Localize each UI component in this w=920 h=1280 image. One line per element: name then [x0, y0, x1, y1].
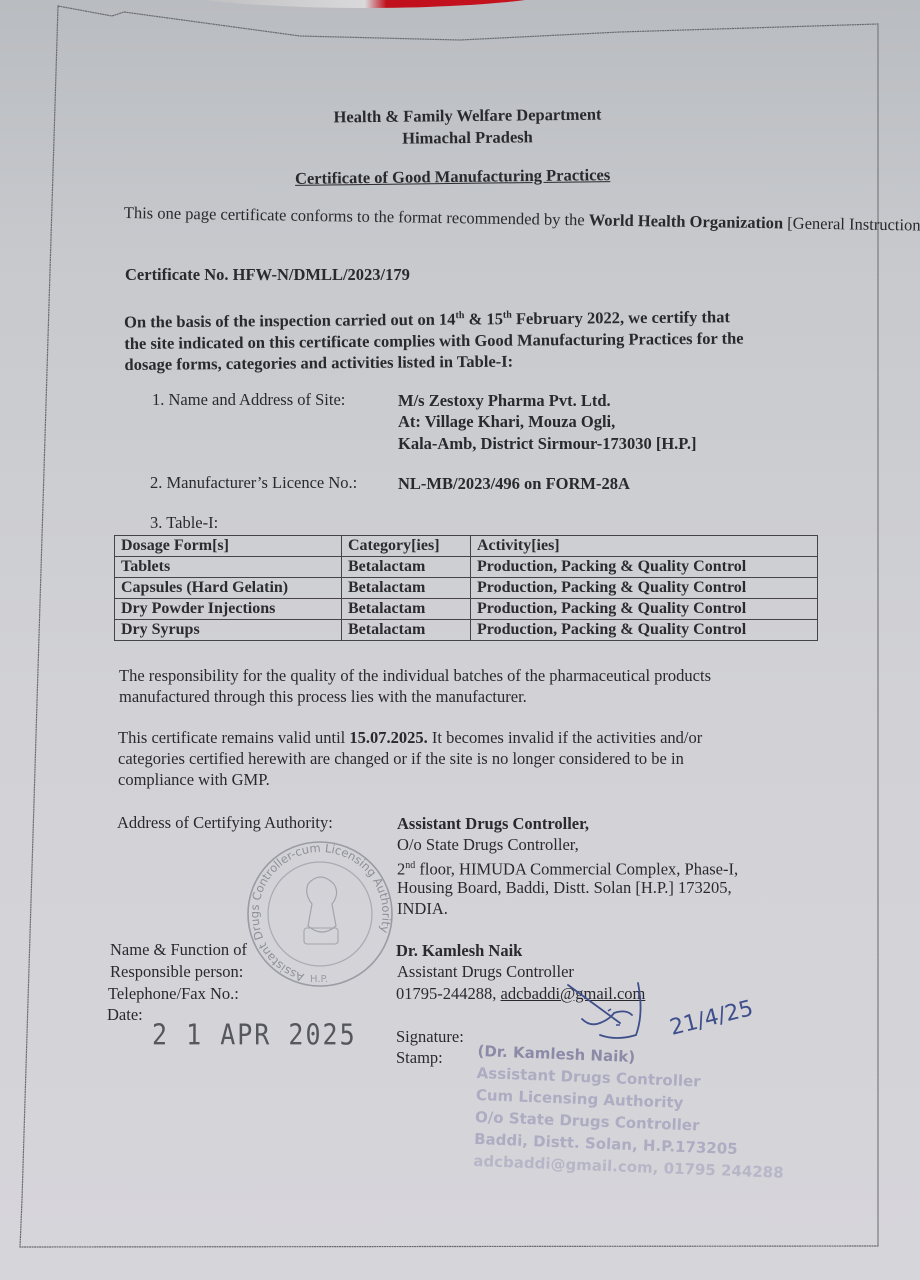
red-object-top [150, 0, 580, 8]
responsible-name: Dr. Kamlesh Naik [396, 940, 522, 961]
authority-title: Assistant Drugs Controller, [397, 813, 589, 834]
date-stamp: 2 1 APR 2025 [152, 1018, 357, 1051]
intro-suffix: [General Instructions and Explanatory No… [783, 213, 920, 238]
site-label: 1. Name and Address of Site: [152, 389, 345, 410]
table-row: Capsules (Hard Gelatin) Betalactam Produ… [115, 578, 818, 599]
cell-category: Betalactam [342, 599, 471, 620]
phone-number: 01795-244288, [396, 984, 501, 1003]
certificate-number: Certificate No. HFW-N/DMLL/2023/179 [125, 264, 410, 285]
table-label: 3. Table-I: [150, 512, 218, 533]
certificate-title: Certificate of Good Manufacturing Practi… [295, 165, 610, 189]
header-activity: Activity[ies] [471, 536, 818, 557]
cell-dosage-form: Dry Syrups [115, 620, 342, 641]
site-address-line2: Kala-Amb, District Sirmour-173030 [H.P.] [398, 433, 697, 454]
svg-text:21/4/25: 21/4/25 [667, 996, 755, 1041]
inspection-paragraph: On the basis of the inspection carried o… [124, 303, 744, 375]
responsibility-paragraph: The responsibility for the quality of th… [119, 665, 711, 707]
signature-label: Signature: [396, 1026, 464, 1047]
table-row: Dry Syrups Betalactam Production, Packin… [115, 620, 818, 641]
intro-text: This one page certificate conforms to th… [124, 203, 589, 229]
svg-text:H.P.: H.P. [310, 974, 328, 985]
cell-dosage-form: Dry Powder Injections [115, 599, 342, 620]
authority-line2: 2nd floor, HIMUDA Commercial Complex, Ph… [397, 855, 738, 880]
official-seal-icon: Assistant Drugs Controller-cum Licensing… [238, 836, 403, 996]
licence-label: 2. Manufacturer’s Licence No.: [150, 472, 357, 493]
stamp-label: Stamp: [396, 1047, 443, 1068]
official-stamp: (Dr. Kamlesh Naik) Assistant Drugs Contr… [473, 1040, 788, 1184]
responsible-label-2: Responsible person: [110, 961, 243, 982]
intro-paragraph: This one page certificate conforms to th… [124, 202, 920, 239]
cell-category: Betalactam [342, 557, 471, 578]
responsible-function: Assistant Drugs Controller [397, 961, 574, 982]
cell-dosage-form: Capsules (Hard Gelatin) [115, 578, 342, 599]
cell-category: Betalactam [342, 620, 471, 641]
cell-dosage-form: Tablets [115, 557, 342, 578]
header-dosage-form: Dosage Form[s] [115, 536, 342, 557]
site-address-line1: At: Village Khari, Mouza Ogli, [398, 411, 615, 432]
site-name: M/s Zestoxy Pharma Pvt. Ltd. [398, 390, 611, 411]
table-header-row: Dosage Form[s] Category[ies] Activity[ie… [115, 536, 818, 557]
telephone-label: Telephone/Fax No.: [108, 983, 239, 1004]
authority-line4: INDIA. [397, 898, 448, 919]
authority-label: Address of Certifying Authority: [117, 812, 333, 833]
header-category: Category[ies] [342, 536, 471, 557]
cell-activity: Production, Packing & Quality Control [471, 599, 818, 620]
authority-line1: O/o State Drugs Controller, [397, 834, 579, 855]
cell-category: Betalactam [342, 578, 471, 599]
handwritten-signature-icon: 21/4/25 [560, 975, 820, 1045]
cell-activity: Production, Packing & Quality Control [471, 620, 818, 641]
table-row: Dry Powder Injections Betalactam Product… [115, 599, 818, 620]
cell-activity: Production, Packing & Quality Control [471, 578, 818, 599]
cell-activity: Production, Packing & Quality Control [471, 557, 818, 578]
validity-date: 15.07.2025. [349, 728, 427, 747]
licence-number: NL-MB/2023/496 on FORM-28A [398, 473, 630, 494]
authority-line3: Housing Board, Baddi, Distt. Solan [H.P.… [397, 877, 732, 898]
who-name: World Health Organization [589, 210, 784, 232]
gmp-table: Dosage Form[s] Category[ies] Activity[ie… [114, 535, 818, 641]
validity-paragraph: This certificate remains valid until 15.… [118, 727, 702, 790]
responsible-label-1: Name & Function of [110, 939, 247, 960]
table-row: Tablets Betalactam Production, Packing &… [115, 557, 818, 578]
date-label: Date: [107, 1004, 143, 1025]
